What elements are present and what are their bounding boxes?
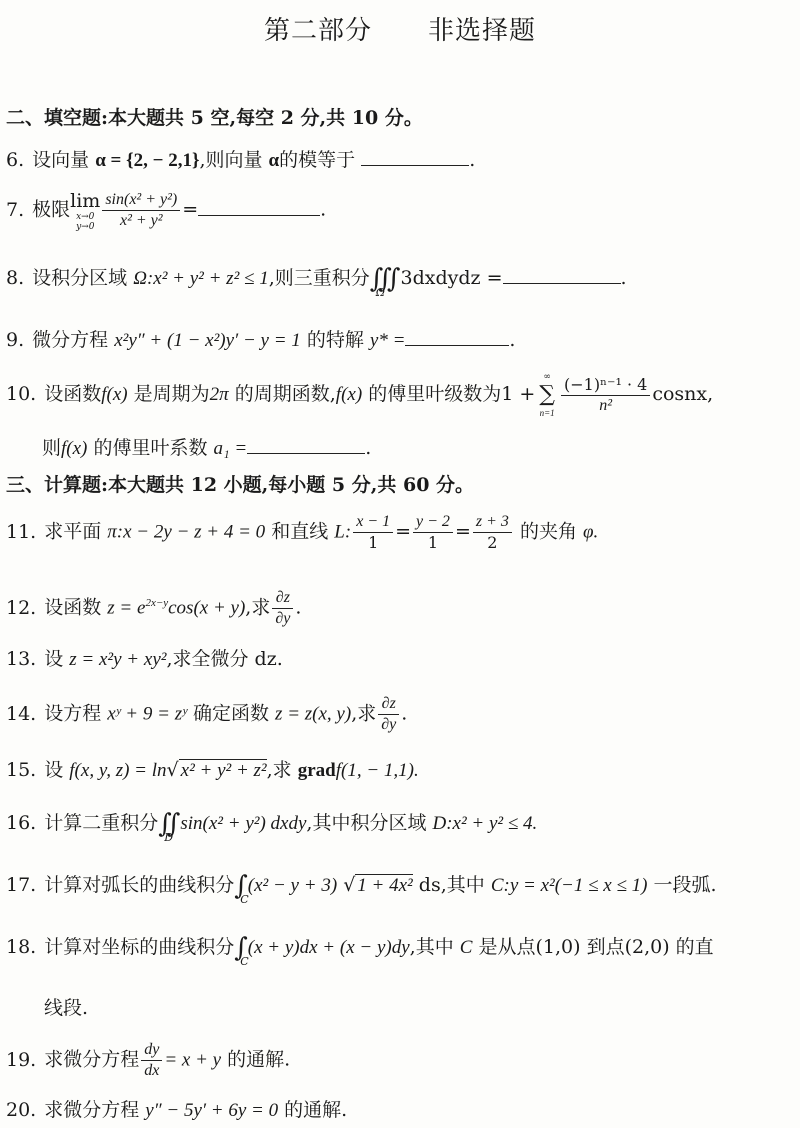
line-integral: ∫C: [234, 873, 248, 899]
section-2-heading: 二、填空题:本大题共 5 空,每空 2 分,共 10 分。: [6, 103, 423, 130]
page-title: 第二部分非选择题: [0, 10, 800, 47]
sigma-icon: ∑: [539, 384, 555, 406]
q-expr: = x + y: [164, 1050, 221, 1071]
question-11: 11.求平面 π:x − 2y − z + 4 = 0 和直线 L:x − 11…: [6, 512, 598, 553]
summation: ∞∑n=1: [539, 370, 555, 420]
q-text: ,其中: [441, 874, 485, 896]
line-integral: ∫C: [234, 935, 248, 961]
denominator: 1: [413, 533, 453, 553]
question-19: 19.求微分方程dydx= x + y 的通解.: [6, 1040, 290, 1081]
title-type: 非选择题: [428, 16, 536, 46]
q-expr: z = e: [107, 598, 145, 619]
q-text: 的通解.: [284, 1099, 347, 1121]
question-10-line-2: 则f(x) 的傅里叶系数 a₁ =.: [42, 433, 371, 460]
q-expr: φ.: [583, 522, 598, 543]
q-text: 和直线: [271, 521, 328, 543]
q-text: 求微分方程: [44, 1049, 139, 1071]
q-expr: y″ − 5y′ + 6y = 0: [145, 1100, 278, 1121]
q-expr: f(x): [336, 384, 362, 405]
lim-cond: y→0: [70, 222, 100, 232]
numerator: z + 3: [473, 512, 512, 533]
question-13: 13.设 z = x²y + xy²,求全微分 dz.: [6, 644, 283, 671]
numerator: (−1)ⁿ⁻¹ · 4: [561, 375, 650, 396]
question-number: 19.: [6, 1049, 36, 1071]
integral-domain: C: [240, 887, 248, 913]
numerator: ∂z: [378, 694, 399, 715]
lim-label: lim: [70, 190, 100, 212]
q-text: 的傅里叶系数: [93, 437, 207, 459]
limit: limx→0y→0: [70, 190, 100, 232]
sqrt-body: 1 + 4x²: [355, 874, 412, 897]
question-18-line-2: 线段.: [44, 993, 88, 1020]
q-text: ,其中积分区域: [306, 812, 426, 834]
exponent: 2x−y: [145, 597, 168, 609]
q-expr: y* =: [370, 330, 406, 351]
question-number: 9.: [6, 329, 24, 351]
q-end: .: [295, 597, 301, 619]
fraction: x − 11: [353, 512, 393, 553]
fraction: (−1)ⁿ⁻¹ · 4n²: [561, 375, 650, 416]
question-20: 20.求微分方程 y″ − 5y′ + 6y = 0 的通解.: [6, 1095, 347, 1122]
integral-icon: ∭: [370, 264, 401, 294]
question-12: 12.设函数 z = e2x−ycos(x + y),求∂z∂y.: [6, 588, 301, 629]
question-number: 10.: [6, 383, 36, 405]
answer-blank[interactable]: [503, 265, 621, 284]
q-expr: f(x): [61, 438, 87, 459]
question-number: 13.: [6, 648, 36, 670]
fraction: ∂z∂y: [272, 588, 293, 629]
question-8: 8.设积分区域 Ω:x² + y² + z² ≤ 1,则三重积分∭Ω3dxdyd…: [6, 263, 627, 292]
q-end: .: [401, 703, 407, 725]
q-expr: z = z(x, y): [275, 704, 351, 725]
q-text: 设向量: [32, 149, 89, 171]
q-text: 的夹角: [520, 521, 577, 543]
question-number: 6.: [6, 149, 24, 171]
denominator: ∂y: [378, 715, 399, 735]
q-text: 的通解.: [227, 1049, 290, 1071]
question-number: 20.: [6, 1099, 36, 1121]
question-number: 16.: [6, 812, 36, 834]
q-expr: π:x − 2y − z + 4 = 0: [107, 522, 265, 543]
fraction: ∂z∂y: [378, 694, 399, 735]
q-text: 的特解: [307, 329, 364, 351]
integral-domain: Ω: [376, 280, 385, 306]
question-18: 18.计算对坐标的曲线积分∫C(x + y)dx + (x − y)dy,其中 …: [6, 932, 714, 961]
question-number: 11.: [6, 521, 36, 543]
q-expr: cosnx,: [652, 383, 713, 405]
q-end: .: [509, 329, 515, 351]
q-expr: (x + y)dx + (x − y)dy: [248, 937, 410, 958]
q-text: ,其中: [410, 936, 454, 958]
q-expr: f(x, y, z) = ln: [69, 760, 166, 781]
q-text: 微分方程: [32, 329, 108, 351]
q-expr: f(1, − 1,1).: [336, 760, 419, 781]
q-text: 是从点(1,0) 到点(2,0) 的直: [478, 936, 713, 958]
q-end: .: [365, 437, 371, 459]
q-expr: xʸ + 9 = zʸ: [107, 704, 187, 725]
numerator: ∂z: [272, 588, 293, 609]
q-text: ,则向量: [199, 149, 262, 171]
q-expr: C: [460, 937, 473, 958]
fraction: y − 21: [413, 512, 453, 553]
grad-operator: grad: [298, 760, 336, 781]
title-part: 第二部分: [264, 16, 372, 46]
q-end: .: [469, 149, 475, 171]
q-expr: cos(x + y): [168, 598, 245, 619]
double-integral: ∬D: [158, 811, 180, 837]
q-text: 计算对弧长的曲线积分: [44, 874, 234, 896]
q-text: 设方程: [44, 703, 101, 725]
question-10: 10.设函数f(x) 是周期为2π 的周期函数,f(x) 的傅里叶级数为1 +∞…: [6, 370, 713, 420]
fraction: sin(x² + y²)x² + y²: [102, 190, 180, 231]
question-number: 8.: [6, 267, 24, 289]
q-text: 设函数: [44, 597, 101, 619]
q-text: 是周期为: [134, 383, 210, 405]
numerator: y − 2: [413, 512, 453, 533]
q-expr: z = x²y + xy²: [69, 649, 166, 670]
numerator: sin(x² + y²): [102, 190, 180, 211]
q-text: 则: [42, 437, 61, 459]
denominator: 1: [353, 533, 393, 553]
q-expr: sin(x² + y²) dxdy: [180, 813, 306, 834]
q-expr: Ω:x² + y² + z² ≤ 1: [133, 268, 269, 289]
lim-cond: x→0: [70, 212, 100, 222]
integral-domain: D: [164, 825, 173, 851]
answer-blank[interactable]: [247, 435, 365, 454]
denominator: dx: [141, 1061, 162, 1081]
sqrt-icon: √: [343, 874, 355, 896]
section-3-heading: 三、计算题:本大题共 12 小题,每小题 5 分,共 60 分。: [6, 470, 474, 497]
denominator: 2: [473, 533, 512, 553]
sqrt-body: x² + y² + z²: [179, 759, 267, 782]
q-text: 的模等于: [279, 149, 355, 171]
question-15: 15.设 f(x, y, z) = ln√x² + y² + z²,求 grad…: [6, 755, 419, 782]
q-text: 设: [44, 648, 63, 670]
q-expr: (x² − y + 3): [248, 875, 337, 896]
q-text: ,求: [245, 597, 270, 619]
q-text: 确定函数: [193, 703, 269, 725]
question-number: 18.: [6, 936, 36, 958]
q-expr: =: [455, 521, 471, 543]
q-text: ,求全微分 dz.: [166, 648, 282, 670]
denominator: x² + y²: [102, 211, 180, 231]
question-6: 6.设向量 α = {2, − 2,1},则向量 α的模等于 .: [6, 145, 475, 172]
question-9: 9.微分方程 x²y″ + (1 − x²)y′ − y = 1 的特解 y* …: [6, 325, 515, 352]
answer-blank[interactable]: [198, 197, 320, 216]
q-expr: α: [269, 150, 280, 171]
q-text: 的傅里叶级数为: [368, 383, 501, 405]
numerator: dy: [141, 1040, 162, 1061]
answer-blank[interactable]: [361, 147, 469, 166]
q-text: 求微分方程: [44, 1099, 139, 1121]
q-expr: 1 +: [501, 383, 535, 405]
q-text: 计算对坐标的曲线积分: [44, 936, 234, 958]
q-text: ,求: [267, 759, 292, 781]
q-expr: a₁ =: [214, 438, 248, 459]
q-end: .: [320, 199, 326, 221]
q-expr: ds: [419, 874, 441, 896]
q-expr: C:y = x²(−1 ≤ x ≤ 1): [491, 875, 648, 896]
triple-integral: ∭Ω: [370, 266, 401, 292]
question-number: 15.: [6, 759, 36, 781]
q-text: 设: [44, 759, 63, 781]
q-expr: 3dxdydz =: [401, 267, 503, 289]
integral-domain: C: [240, 949, 248, 975]
sqrt-icon: √: [167, 759, 179, 781]
q-text: 一段弧.: [654, 874, 717, 896]
q-end: .: [621, 267, 627, 289]
q-expr: =: [395, 521, 411, 543]
question-17: 17.计算对弧长的曲线积分∫C(x² − y + 3) √1 + 4x² ds,…: [6, 870, 717, 899]
q-text: ,求: [351, 703, 376, 725]
question-14: 14.设方程 xʸ + 9 = zʸ 确定函数 z = z(x, y),求∂z∂…: [6, 694, 407, 735]
numerator: x − 1: [353, 512, 393, 533]
sum-lower: n=1: [539, 406, 555, 420]
denominator: n²: [561, 396, 650, 416]
q-text: 的周期函数,: [235, 383, 336, 405]
question-7: 7.极限limx→0y→0sin(x² + y²)x² + y²=.: [6, 190, 326, 232]
q-text: 极限: [32, 199, 70, 221]
q-expr: L:: [334, 522, 351, 543]
q-expr: 2π: [210, 384, 229, 405]
question-number: 14.: [6, 703, 36, 725]
fraction: z + 32: [473, 512, 512, 553]
q-text: ,则三重积分: [269, 267, 370, 289]
q-expr: =: [182, 199, 198, 221]
q-text: 设函数: [44, 383, 101, 405]
question-number: 12.: [6, 597, 36, 619]
q-expr: α = {2, − 2,1}: [95, 150, 199, 171]
question-16: 16.计算二重积分∬Dsin(x² + y²) dxdy,其中积分区域 D:x²…: [6, 808, 537, 837]
question-number: 17.: [6, 874, 36, 896]
q-expr: D:x² + y² ≤ 4.: [433, 813, 538, 834]
answer-blank[interactable]: [405, 327, 509, 346]
denominator: ∂y: [272, 609, 293, 629]
q-expr: f(x): [101, 384, 127, 405]
q-text: 计算二重积分: [44, 812, 158, 834]
question-number: 7.: [6, 199, 24, 221]
q-expr: x²y″ + (1 − x²)y′ − y = 1: [114, 330, 301, 351]
q-text: 设积分区域: [32, 267, 127, 289]
fraction: dydx: [141, 1040, 162, 1081]
q-text: 求平面: [44, 521, 101, 543]
